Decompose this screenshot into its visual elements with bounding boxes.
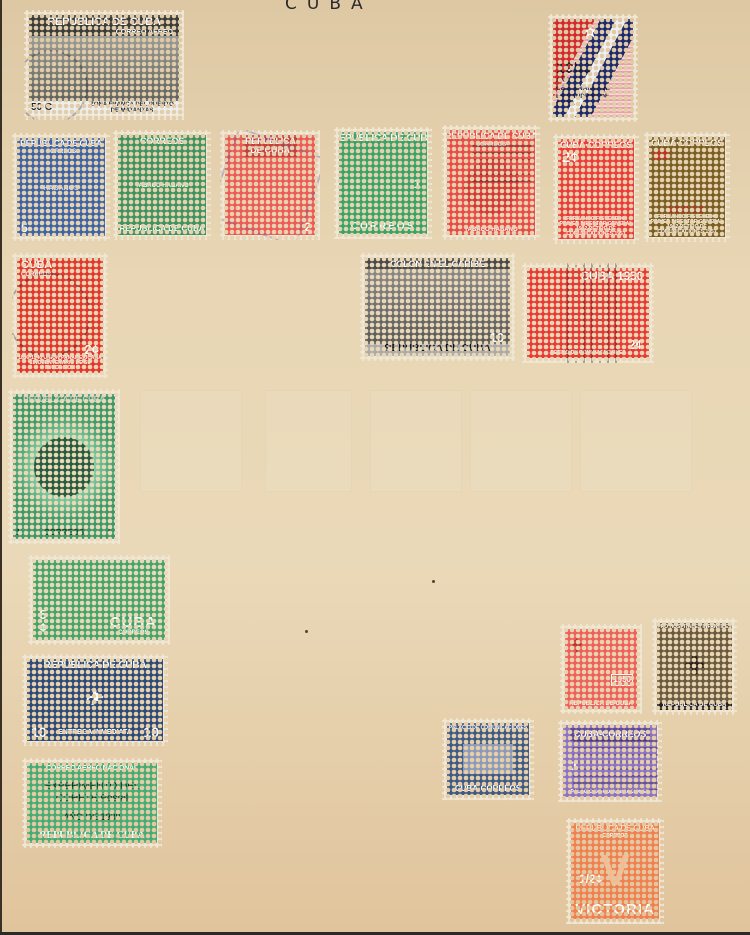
stamp-tuberculosis-1950[interactable]: ☨ 1950 REPUBLICA DE CUBA bbox=[560, 624, 642, 714]
stamp-title: REPUBLICA DE CUBA bbox=[575, 823, 654, 833]
empty-slot bbox=[580, 390, 692, 492]
stamp-value: 2 bbox=[304, 221, 315, 235]
stamp-tabaco-habano-1c[interactable]: CORREOS TABACO HABANO REPUBLICA DE CUBA bbox=[113, 130, 211, 240]
stamp-title: COLON EN EL CARIBE bbox=[390, 258, 485, 269]
stamp-tabaco-green-1c[interactable]: REPUBLICA DE CUBA 1 CORREOS bbox=[334, 127, 432, 239]
stamp-caption: REPUBLICA DE CUBA bbox=[39, 831, 145, 843]
stamp-value: 10 bbox=[490, 331, 504, 344]
stamp-title: PRO HOSPITALES INFANTILES bbox=[657, 623, 731, 632]
stamp-figueredo-aereo-8c[interactable]: CUBA·CORREOS 8¢ AEREO FERNANDO FIGUEREDO… bbox=[644, 132, 730, 242]
stamp-image: 10 bbox=[365, 269, 510, 344]
stamp-subtitle: CORREOS bbox=[17, 272, 51, 278]
stamp-caption: REPUBLICA DE CUBA bbox=[657, 702, 732, 710]
cross-icon: ✚ bbox=[684, 632, 704, 702]
stamp-title: CORREOS bbox=[140, 135, 184, 146]
globe-icon bbox=[34, 404, 94, 529]
stamp-caption: RETIRO DE COMUNICACIONES bbox=[550, 351, 625, 358]
stamp-value: 1 bbox=[563, 741, 578, 790]
stamp-caption: ENTREGA INMEDIATA bbox=[58, 729, 132, 736]
stamp-year: 1950 bbox=[556, 61, 611, 77]
stamp-caption: CORREOS bbox=[351, 222, 416, 234]
stamp-title: REPUBLICA DE CUBA bbox=[23, 394, 105, 404]
stamp-title: CUBA-CORREOS bbox=[570, 728, 650, 741]
stamp-cohete-postal-10c[interactable]: CORREO AEREO NACIONAL EXPERIMENTO DEL CO… bbox=[22, 758, 162, 848]
stamp-caption: REPUBLICA DE CUBA bbox=[365, 344, 510, 356]
stamp-title: REPUBLICA DE CUBA bbox=[20, 138, 102, 148]
stamp-caption: AÑO DEL CENTENARIO DE LA BANDERA DE CUBA bbox=[556, 77, 611, 108]
stamp-title: REPUBLICA DE CUBA bbox=[243, 135, 297, 157]
spot bbox=[432, 580, 435, 583]
stamp-title: PALACIO DE COMUNICACIONES bbox=[449, 723, 528, 733]
stamp-caption: CORREOS bbox=[118, 630, 148, 636]
empty-slot bbox=[370, 390, 462, 492]
spot bbox=[305, 630, 308, 633]
stamp-value: 5 bbox=[17, 222, 28, 236]
stamp-value: 5 ¢ bbox=[33, 608, 49, 640]
stamp-title: REPUBLICA DE CUBA bbox=[447, 130, 535, 141]
empty-slot bbox=[140, 390, 242, 492]
stamp-entrega-inmediata-10c[interactable]: REPUBLICA DE CUBA ✈ 10 ENTREGA INMEDIATA… bbox=[22, 654, 168, 746]
stamp-panamerica-globe-1c[interactable]: REPUBLICA DE CUBA 1 CORREOS 1 bbox=[8, 389, 120, 544]
stamp-victoria-half-cent[interactable]: REPUBLICA DE CUBA CORREOS V 1/2¢ VICTORI… bbox=[566, 818, 664, 924]
stamp-retiro-comunicaciones-2c[interactable]: CUBA 1950 2¢ RETIRO DE COMUNICACIONES bbox=[522, 263, 654, 363]
stamp-caption: CORREOS bbox=[44, 529, 84, 537]
stamp-value: 1 bbox=[339, 144, 427, 222]
stamp-title: REPUBLICA DE CUBA bbox=[339, 132, 427, 144]
stamp-value: 2¢ bbox=[85, 278, 103, 356]
stamp-colon-en-el-caribe-10c[interactable]: COLON EN EL CARIBE 10 REPUBLICA DE CUBA bbox=[360, 253, 515, 361]
stamp-image: TABACO HABANO bbox=[135, 146, 188, 225]
stamp-caption: REPUBLICA DE CUBA bbox=[119, 225, 204, 235]
stamp-bandera-centenario[interactable]: ★ 1950 AÑO DEL CENTENARIO DE LA BANDERA … bbox=[548, 14, 638, 122]
stamp-caption: CUBA·CORREOS bbox=[455, 785, 521, 795]
stamp-value: 10 bbox=[31, 725, 47, 739]
stamp-value: 10 bbox=[143, 725, 159, 739]
stamp-value: 1 bbox=[16, 529, 20, 537]
stamp-gonzalo-quesada-2c[interactable]: CUBA CORREOS 2¢ 1890-1940 UNION PANAMERI… bbox=[12, 253, 108, 378]
airplane-icon: ✈ bbox=[86, 671, 104, 725]
stamp-title: REPUBLICA DE CUBA bbox=[44, 659, 147, 671]
overprint-cohete: EXPERIMENTO DEL COHETE Postal bbox=[42, 781, 142, 804]
stamp-caption: ZONA FRANCA DEL PUERTO DE MATANZAS bbox=[87, 102, 177, 114]
lorraine-cross-icon: ☨ bbox=[565, 637, 583, 659]
stamp-image bbox=[29, 36, 179, 101]
stamp-subtitle: CORREO AEREO bbox=[116, 29, 179, 36]
stamp-value: 50 C bbox=[31, 103, 52, 113]
stamp-caption: REPUBLICA DE CUBA bbox=[569, 701, 633, 709]
stamp-palacio-comunicaciones-violet[interactable]: CUBA-CORREOS 1 PALACIO DE COMUNICACIONES bbox=[558, 720, 662, 802]
stamp-cuba-palms-5c[interactable]: 5 ¢ CUBA CORREOS bbox=[28, 555, 170, 645]
stamp-caption: TABACO HABANO bbox=[464, 227, 517, 235]
page-heading: CUBA bbox=[285, 0, 373, 14]
stamp-title: REPUBLICA DE CUBA bbox=[47, 15, 161, 28]
building-image bbox=[463, 733, 513, 785]
stamp-value: 8¢ bbox=[649, 148, 670, 206]
stamp-caption: VICTORIA bbox=[575, 902, 654, 919]
stamp-value: 2¢ bbox=[558, 150, 579, 217]
stamp-value: 1/2¢ bbox=[579, 873, 602, 885]
stamp-year: 1950 bbox=[611, 674, 633, 686]
stamp-figueredo-2c[interactable]: CUBA·CORREOS 2¢ FERNANDO FIGUEREDO PRIME… bbox=[553, 134, 639, 244]
stamp-image: HABANOS bbox=[43, 155, 78, 222]
page-edge bbox=[0, 0, 2, 935]
stamp-footer: 1 CORREOS 1 bbox=[13, 529, 115, 539]
stamp-pro-hospitales-infantiles-1c[interactable]: PRO HOSPITALES INFANTILES ✚ REPUBLICA DE… bbox=[652, 618, 737, 715]
stamp-tabaco-2c[interactable]: REPUBLICA DE CUBA 2 bbox=[220, 130, 320, 240]
stamp-title: CORREO AEREO NACIONAL bbox=[46, 763, 138, 772]
stamp-title: CUBA bbox=[17, 258, 52, 271]
empty-slot bbox=[470, 390, 572, 492]
stamp-value: 2¢ bbox=[629, 282, 649, 351]
stamp-habanos-5c[interactable]: REPUBLICA DE CUBA CORREOS HABANOS 5 bbox=[12, 133, 110, 241]
stamp-caption: PALACIO DE COMUNICACIONES bbox=[571, 790, 650, 797]
stamp-zona-franca-matanzas[interactable]: REPUBLICA DE CUBA CORREO AEREO 50 C ZONA… bbox=[24, 10, 184, 120]
overprint-year: AÑO DE 1939 bbox=[63, 813, 120, 822]
stamp-caption: 1890-1940 UNION PANAMERICANA CINCUENTENA… bbox=[18, 356, 102, 373]
stamp-album-page: CUBA REPUBLICA DE CUBA CORREO AEREO 50 C… bbox=[0, 0, 750, 935]
stamp-tabaco-red-2c[interactable]: REPUBLICA DE CUBA CORREOS TABACO HABANO bbox=[442, 125, 540, 240]
star-icon: ★ bbox=[583, 25, 597, 41]
stamp-value: 1 bbox=[108, 529, 112, 537]
stamp-palacio-comunicaciones-1c[interactable]: PALACIO DE COMUNICACIONES CUBA·CORREOS bbox=[442, 718, 534, 800]
empty-slot bbox=[265, 390, 352, 492]
stamp-caption: FERNANDO FIGUEREDO PRIMER DIRECTOR GENER… bbox=[558, 217, 634, 239]
v-symbol: V bbox=[600, 839, 629, 902]
stamp-title: CUBA 1950 bbox=[581, 268, 649, 282]
stamp-image bbox=[464, 148, 519, 227]
stamp-caption: FERNANDO FIGUEREDO PRIMER DIRECTOR GENER… bbox=[649, 215, 725, 237]
stamp-title: CUBA bbox=[110, 615, 157, 630]
